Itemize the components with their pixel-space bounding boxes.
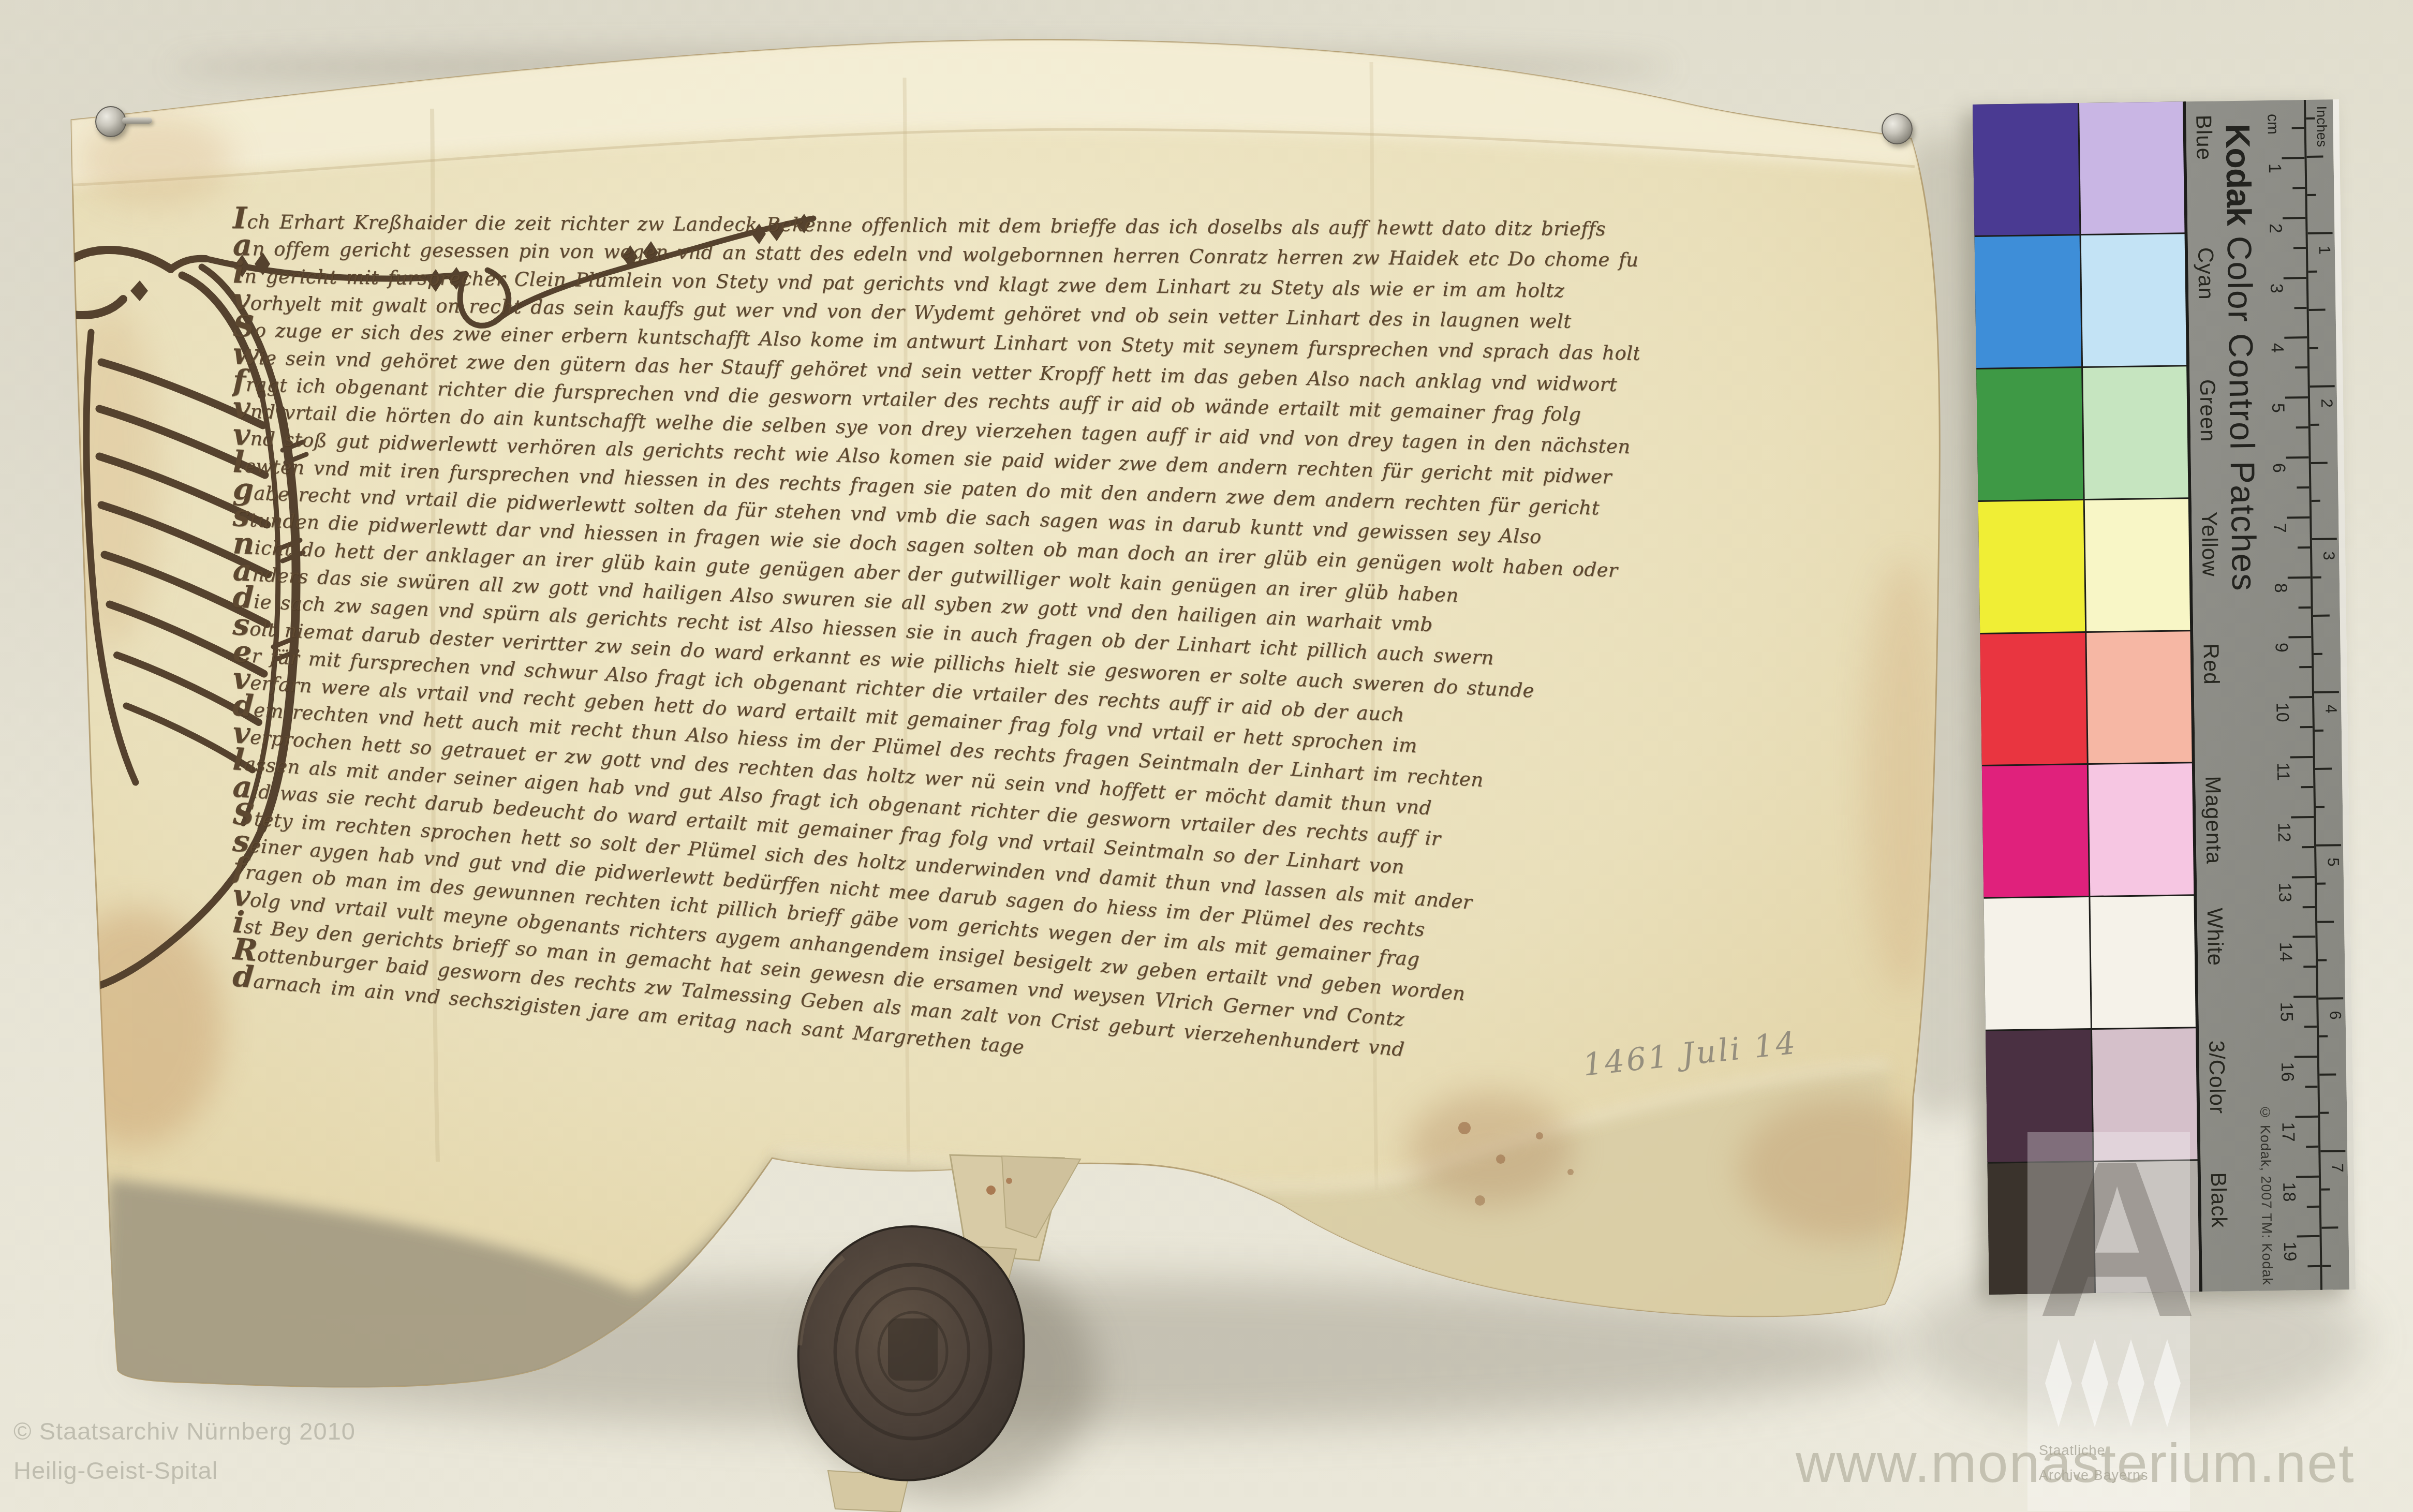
- metal-pin-left: [95, 106, 126, 137]
- ruler-number: 13: [2274, 882, 2295, 902]
- ruler-tick: [2302, 846, 2314, 848]
- ruler-tick: [2315, 730, 2323, 732]
- ruler-number: 3: [2266, 283, 2286, 293]
- ruler-tick: [2307, 1265, 2320, 1267]
- ruler-number: 8: [2270, 583, 2290, 592]
- color-patch-yellow-pale: [2085, 499, 2190, 631]
- ruler-number: 5: [2268, 403, 2288, 413]
- ruler-tick: [2322, 1265, 2331, 1267]
- ruler-tick: [2314, 691, 2339, 693]
- ruler-tick: [2321, 1226, 2338, 1228]
- ruler-number: 7: [2269, 523, 2289, 532]
- patch-label: White: [2202, 908, 2228, 967]
- color-patch-blue-pale: [2079, 101, 2185, 234]
- ruler-number: 15: [2276, 1002, 2297, 1022]
- inches-scale-label: Inches: [2313, 106, 2330, 147]
- ruler-tick: [2315, 767, 2332, 769]
- ruler-number: 9: [2271, 643, 2291, 653]
- ruler-tick: [2293, 247, 2306, 249]
- ruler-tick: [2306, 156, 2323, 158]
- ruler-tick: [2295, 1116, 2318, 1118]
- ruler-number: 11: [2273, 762, 2293, 781]
- archive-logo-letter: A: [2037, 1111, 2182, 1367]
- color-patch-green-sat: [1976, 368, 2083, 500]
- ruler-tick: [2316, 844, 2341, 847]
- ruler-tick: [2296, 426, 2308, 428]
- ruler-tick: [2311, 462, 2328, 464]
- ruler-tick: [2309, 308, 2326, 310]
- ruler-number: 2: [2265, 223, 2285, 233]
- ruler-tick: [2296, 1175, 2319, 1178]
- manuscript-text-block: Ich Erhart Kreßhaider die zeit richter z…: [232, 186, 1639, 1097]
- ruler-tick: [2319, 1035, 2328, 1037]
- ruler-tick: [2282, 157, 2304, 159]
- color-patch-red-pale: [2086, 631, 2192, 764]
- color-patch-magenta-pale: [2089, 764, 2194, 896]
- ruler-tick: [2287, 516, 2310, 519]
- ruler-number: 14: [2275, 942, 2296, 962]
- ruler-number: 4: [2267, 343, 2287, 353]
- patch-label: 3/Color: [2204, 1040, 2230, 1114]
- ruler-tick: [2313, 615, 2330, 617]
- ruler-tick: [2292, 936, 2315, 938]
- ruler-baseline: [2304, 100, 2322, 1290]
- ruler-tick: [2285, 396, 2308, 399]
- ruler-number: 2: [2317, 398, 2336, 408]
- patch-label: Magenta: [2200, 776, 2226, 864]
- ruler-number: 6: [2269, 463, 2289, 473]
- ruler-tick: [2303, 906, 2315, 908]
- ruler-number: 5: [2323, 857, 2342, 867]
- ruler-number: 7: [2328, 1163, 2347, 1173]
- ruler-number: 19: [2279, 1242, 2300, 1262]
- photographed-charter-scene: Ich Erhart Kreßhaider die zeit richter z…: [0, 0, 2413, 1512]
- ruler-gray-band: Kodak Color Control Patches BlueCyanGree…: [2186, 99, 2349, 1292]
- ruler-tick: [2306, 117, 2315, 120]
- ruler-tick: [2289, 696, 2312, 699]
- ruler-tick: [2311, 423, 2319, 425]
- ruler-tick: [2310, 347, 2318, 349]
- ruler-tick: [2306, 1146, 2318, 1148]
- patch-label: Yellow: [2197, 511, 2223, 577]
- ruler-tick: [2284, 277, 2306, 279]
- ruler-tick: [2312, 500, 2320, 502]
- ruler-tick: [2288, 576, 2311, 579]
- ruler-tick: [2292, 876, 2315, 879]
- ruler-tick: [2286, 456, 2309, 459]
- ruler-tick: [2299, 666, 2312, 668]
- ruler-tick: [2317, 921, 2334, 923]
- ruler-number: 10: [2272, 703, 2292, 722]
- color-patch-white-sat: [1983, 897, 2091, 1030]
- ruler-tick: [2316, 806, 2325, 808]
- monasterium-watermark: www.monasterium.net: [1796, 1432, 2355, 1495]
- ruler-tick: [2299, 606, 2311, 608]
- ruler-tick: [2307, 1205, 2319, 1207]
- ruler-tick: [2310, 385, 2335, 388]
- ruler-number: 17: [2278, 1122, 2299, 1142]
- kodak-title: Kodak Color Control Patches: [2218, 123, 2264, 592]
- ruler-tick: [2297, 1235, 2320, 1238]
- patch-label: Cyan: [2193, 247, 2218, 300]
- ruler-tick: [2293, 996, 2316, 998]
- color-patch-white-pale: [2090, 896, 2196, 1029]
- color-patch-cyan-pale: [2081, 234, 2187, 366]
- metal-pin-right: [1882, 113, 1913, 144]
- seal-group: [798, 1155, 1080, 1512]
- color-patch-red-sat: [1980, 633, 2087, 765]
- ruler-tick: [2292, 127, 2304, 129]
- ruler-tick: [2317, 882, 2326, 884]
- ruler-tick: [2283, 217, 2305, 219]
- color-patch-green-pale: [2083, 366, 2188, 499]
- credit-archive: © Staatsarchiv Nürnberg 2010: [13, 1417, 356, 1445]
- ruler-tick: [2320, 1112, 2329, 1114]
- ruler-tick: [2298, 546, 2310, 549]
- ruler-number: 3: [2319, 552, 2338, 561]
- ruler-tick: [2308, 271, 2317, 273]
- patch-label: Blue: [2191, 114, 2216, 160]
- ruler-number: 1: [2315, 245, 2334, 255]
- ruler-tick: [2294, 1056, 2317, 1058]
- ruler-tick: [2290, 756, 2313, 759]
- ruler-tick: [2294, 307, 2307, 309]
- ruler-tick: [2321, 1189, 2330, 1191]
- kodak-copyright: © Kodak, 2007 TM: Kodak: [2257, 1104, 2275, 1285]
- ruler-tick: [2303, 966, 2316, 968]
- credit-fonds: Heilig-Geist-Spital: [13, 1456, 218, 1485]
- ruler-number: 6: [2326, 1011, 2345, 1020]
- cm-scale-label: cm: [2263, 114, 2282, 135]
- ruler-tick: [2318, 997, 2343, 1000]
- ruler-tick: [2284, 336, 2307, 339]
- ruler-tick: [2312, 538, 2337, 541]
- ruler-number: 12: [2273, 822, 2294, 842]
- ruler-number: 16: [2277, 1062, 2298, 1081]
- ruler-number: 18: [2278, 1182, 2299, 1202]
- color-patch-cyan-sat: [1975, 235, 2082, 368]
- color-patch-blue-sat: [1973, 103, 2080, 235]
- ruler-tick: [2295, 366, 2307, 368]
- ruler-tick: [2288, 636, 2311, 639]
- ruler-tick: [2320, 1150, 2345, 1152]
- ruler-tick: [2307, 194, 2316, 196]
- ruler-tick: [2291, 816, 2314, 819]
- ruler-tick: [2313, 576, 2321, 579]
- color-patch-yellow-sat: [1978, 500, 2085, 633]
- ruler-tick: [2319, 1074, 2336, 1076]
- ruler-tick: [2301, 786, 2313, 788]
- ruler-number: 1: [2264, 164, 2285, 173]
- ruler-number: 4: [2321, 704, 2340, 714]
- ruler-tick: [2314, 653, 2322, 655]
- ruler-tick: [2318, 959, 2327, 961]
- ruler-tick: [2300, 726, 2313, 728]
- ruler-tick: [2297, 486, 2309, 488]
- patch-label: Green: [2195, 379, 2220, 442]
- color-patch-magenta-sat: [1982, 765, 2089, 897]
- patch-label: Red: [2199, 644, 2224, 686]
- ruler-tick: [2304, 1026, 2317, 1028]
- ruler-tick: [2308, 232, 2333, 234]
- ruler-tick: [2292, 187, 2305, 189]
- patch-label: Black: [2206, 1173, 2231, 1228]
- ruler-tick: [2305, 1086, 2318, 1088]
